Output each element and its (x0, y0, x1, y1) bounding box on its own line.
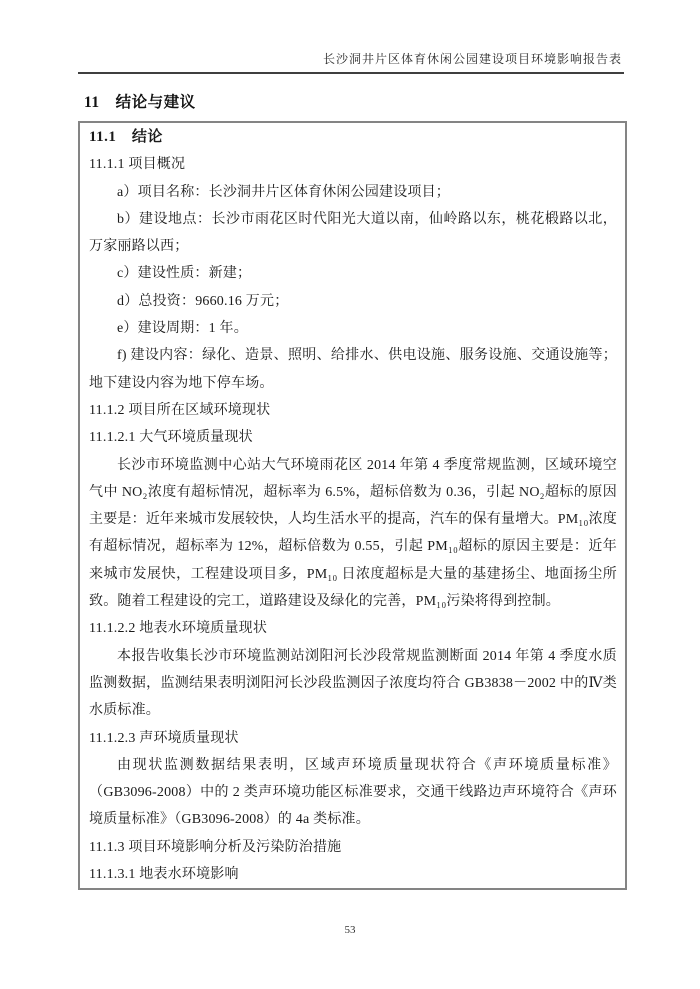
para-air-quality: 长沙市环境监测中心站大气环境雨花区 2014 年第 4 季度常规监测，区域环境空… (89, 452, 617, 616)
page-number: 53 (0, 924, 700, 936)
chapter-heading: 11 结论与建议 (84, 90, 196, 112)
item-e-period: e）建设周期：1 年。 (89, 315, 617, 342)
heading-11-1-2-1: 11.1.2.1 大气环境质量现状 (89, 424, 617, 451)
heading-11-1-2-2: 11.1.2.2 地表水环境质量现状 (89, 615, 617, 642)
document-page: 长沙洞井片区体育休闲公园建设项目环境影响报告表 11 结论与建议 11.1 结论… (0, 0, 700, 989)
report-header-title: 长沙洞井片区体育休闲公园建设项目环境影响报告表 (78, 50, 624, 67)
item-c-nature: c）建设性质：新建； (89, 260, 617, 287)
page-header: 长沙洞井片区体育休闲公园建设项目环境影响报告表 (78, 50, 624, 74)
header-rule (78, 72, 624, 74)
heading-11-1-2-3: 11.1.2.3 声环境质量现状 (89, 725, 617, 752)
heading-11-1-3-1: 11.1.3.1 地表水环境影响 (89, 861, 617, 888)
heading-11-1-3: 11.1.3 项目环境影响分析及污染防治措施 (89, 834, 617, 861)
item-f-content: f) 建设内容：绿化、造景、照明、给排水、供电设施、服务设施、交通设施等；地下建… (89, 342, 617, 397)
heading-11-1-2: 11.1.2 项目所在区域环境现状 (89, 397, 617, 424)
document-blocks: 11.1 结论11.1.1 项目概况a）项目名称：长沙洞井片区体育休闲公园建设项… (89, 124, 617, 888)
item-d-investment: d）总投资：9660.16 万元； (89, 288, 617, 315)
box-title-conclusion: 11.1 结论 (89, 124, 617, 151)
item-a-project-name: a）项目名称：长沙洞井片区体育休闲公园建设项目； (89, 179, 617, 206)
para-noise: 由现状监测数据结果表明，区域声环境质量现状符合《声环境质量标准》（GB3096-… (89, 752, 617, 834)
heading-11-1-1: 11.1.1 项目概况 (89, 151, 617, 178)
conclusion-box: 11.1 结论11.1.1 项目概况a）项目名称：长沙洞井片区体育休闲公园建设项… (78, 121, 627, 890)
item-b-location: b）建设地点：长沙市雨花区时代阳光大道以南，仙岭路以东，桃花椴路以北，万家丽路以… (89, 206, 617, 261)
para-surface-water: 本报告收集长沙市环境监测站浏阳河长沙段常规监测断面 2014 年第 4 季度水质… (89, 643, 617, 725)
